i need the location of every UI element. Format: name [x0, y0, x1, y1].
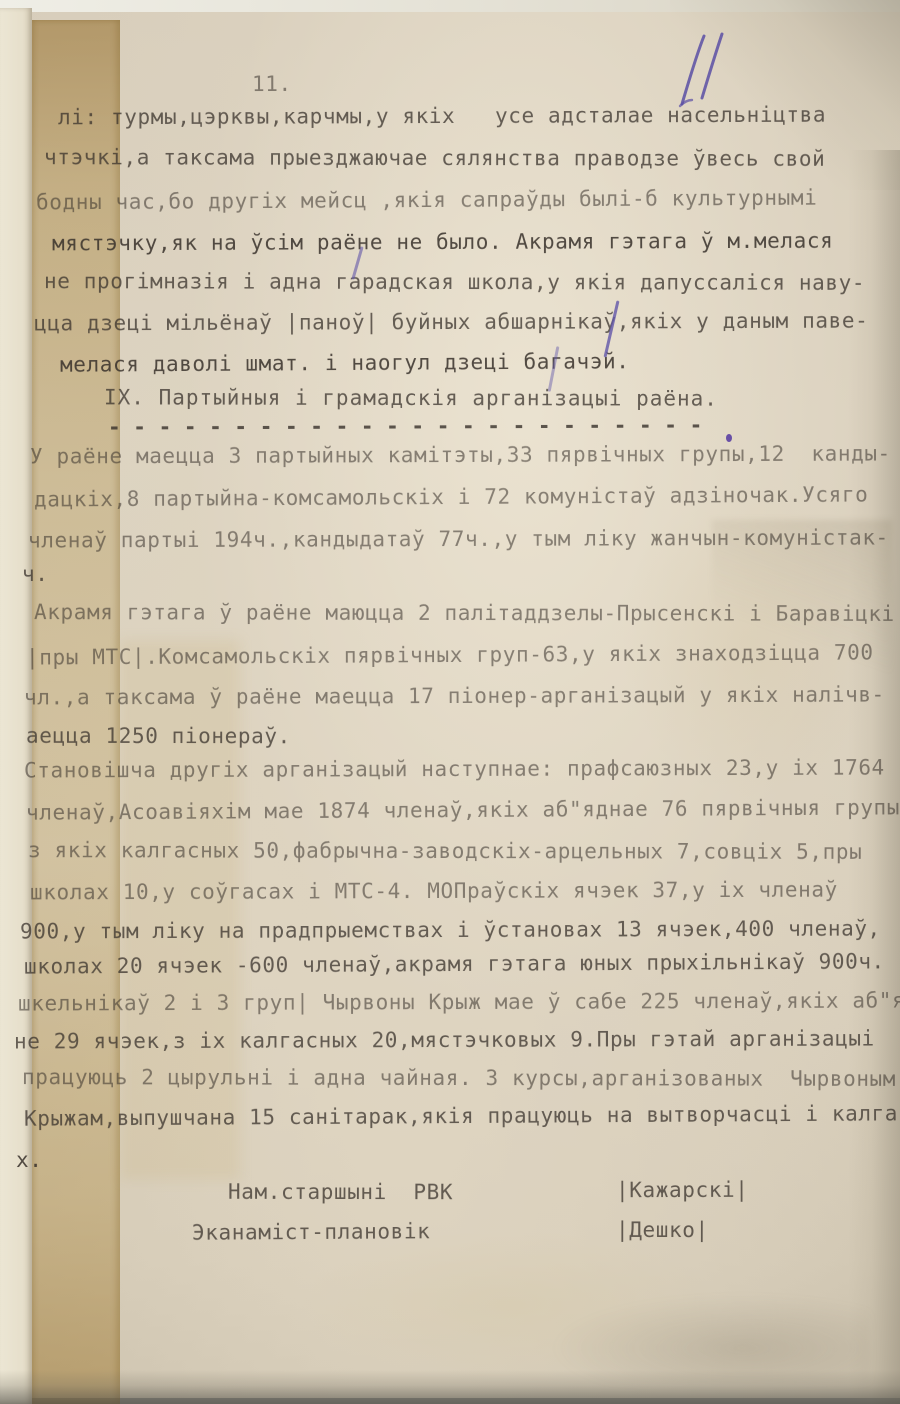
party-stats-line-4: ч. — [22, 562, 49, 586]
scanned-page: 11. лі: турмы,цэрквы,карчмы,у якіх усе а… — [0, 0, 900, 1404]
intro-line-5: не прогімназія і адна гарадская школа,у … — [44, 269, 865, 295]
organizations-line-9: працуюць 2 цырульні і адна чайная. 3 кур… — [22, 1065, 896, 1091]
organizations-tail: х. — [16, 1148, 43, 1172]
intro-line-7: мелася даволі шмат. і наогул дзеці багач… — [60, 349, 630, 377]
signature-title-1: Нам.старшыні РВК — [228, 1180, 453, 1205]
organizations-line-7: шкельнікаў 2 і 3 груп| Чырвоны Крыж мае … — [18, 988, 900, 1015]
intro-line-1: лі: турмы,цэрквы,карчмы,у якіх усе адста… — [58, 103, 826, 130]
intro-line-6: цца дзеці мільёнаў |паноў| буйных абшарн… — [34, 309, 868, 336]
page-bottom-shadow — [0, 1370, 900, 1404]
politotdel-line-4: аецца 1250 піонераў. — [26, 724, 291, 749]
signature-title-2: Эканаміст-плановік — [192, 1219, 431, 1245]
intro-line-2: чтэчкі,а таксама прыезджаючае сялянства … — [44, 145, 825, 171]
heading-underline: - - - - - - - - - - - - - - - - - - - - … — [108, 413, 702, 439]
organizations-line-8: не 29 ячэек,з іх калгасных 20,мястэчковы… — [14, 1026, 875, 1053]
intro-line-4: мястэчку,як на ўсім раёне не было. Акрам… — [52, 229, 833, 256]
intro-line-3: бодны час,бо другіх мейсц ,якія сапраўды… — [36, 186, 817, 215]
ink-dot-mark — [726, 434, 732, 442]
signature-name-2: |Дешко| — [616, 1218, 709, 1242]
section-heading: ІХ. Партыйныя і грамадскія арганізацыі р… — [104, 385, 718, 410]
organizations-line-1: Становішча другіх арганізацый наступнае:… — [24, 755, 885, 782]
tape-strip — [32, 20, 120, 1404]
party-stats-line-3: членаў партыі 194ч.,кандыдатаў 77ч.,у ты… — [28, 525, 889, 552]
typed-page-number: 11. — [252, 72, 292, 96]
politotdel-line-3: чл.,а таксама ў раёне маецца 17 піонер-а… — [24, 682, 885, 709]
organizations-line-4: школах 10,у соўгасах і МТС-4. МОПраўскіх… — [30, 878, 838, 905]
politotdel-line-2: |пры МТС|.Комсамольскіх пярвічных груп-6… — [26, 640, 874, 669]
party-stats-line-2: дацкіх,8 партыйна-комсамольскіх і 72 ком… — [34, 482, 868, 511]
signature-name-1: |Кажарскі| — [616, 1178, 749, 1203]
organizations-line-3: з якіх калгасных 50,фабрычна-заводскіх-а… — [28, 838, 862, 864]
organizations-line-5: 900,у тым ліку на прадпрыемствах і ўстан… — [20, 916, 881, 943]
tape-stain-wash — [120, 640, 240, 1180]
party-stats-line-1: У раёне маецца 3 партыйных камітэты,33 п… — [30, 441, 891, 468]
politotdel-line-1: Акрамя гэтага ў раёне маюцца 2 палітаддз… — [34, 600, 895, 626]
